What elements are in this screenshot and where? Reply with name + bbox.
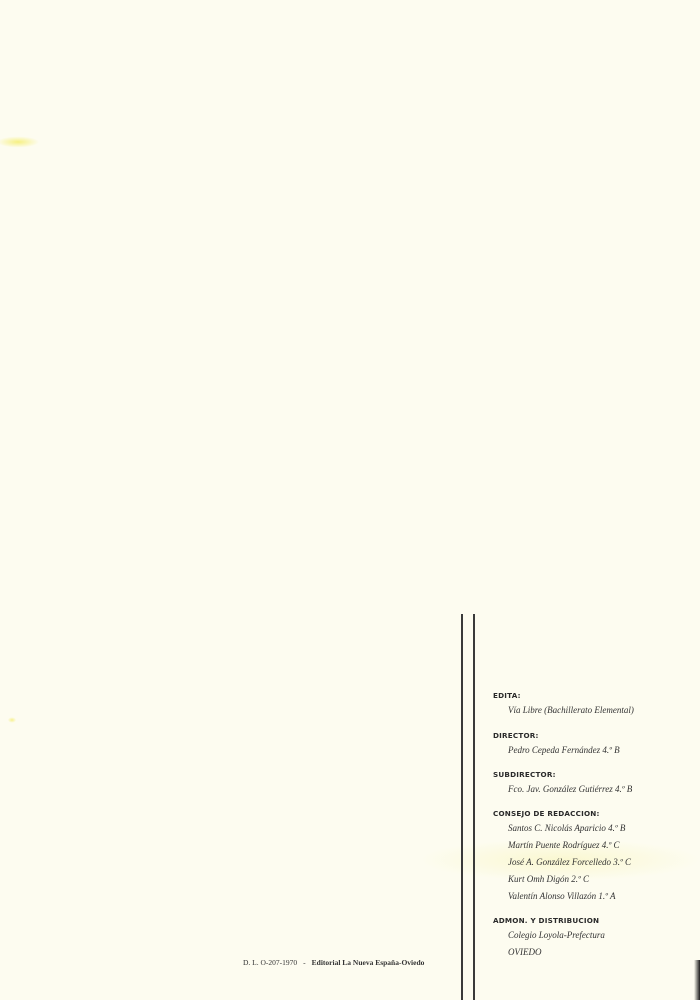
masthead-section-consejo: CONSEJO DE REDACCION: Santos C. Nicolás … xyxy=(493,808,631,905)
section-entry: Pedro Cepeda Fernández 4.º B xyxy=(493,742,620,759)
section-label: ADMON. Y DISTRIBUCION xyxy=(493,915,605,927)
section-entry: Valentín Alonso Villazón 1.º A xyxy=(493,888,631,905)
section-entry: Fco. Jav. González Gutiérrez 4.º B xyxy=(493,781,632,798)
section-entry: Santos C. Nicolás Aparicio 4.º B xyxy=(493,820,631,837)
masthead-section-subdirector: SUBDIRECTOR: Fco. Jav. González Gutiérre… xyxy=(493,769,632,798)
imprint-footer: D. L. O-207-1970-Editorial La Nueva Espa… xyxy=(243,958,424,967)
section-label: EDITA: xyxy=(493,690,634,702)
section-entry: José A. González Forcelledo 3.º C xyxy=(493,854,631,871)
legal-deposit: D. L. O-207-1970 xyxy=(243,958,297,967)
section-entry: Martín Puente Rodríguez 4.º C xyxy=(493,837,631,854)
vertical-rule-right xyxy=(473,614,475,1000)
masthead-section-director: DIRECTOR: Pedro Cepeda Fernández 4.º B xyxy=(493,730,620,759)
footer-separator: - xyxy=(303,958,306,967)
section-entry: Colegio Loyola-Prefectura xyxy=(493,927,605,944)
masthead-section-admon: ADMON. Y DISTRIBUCION Colegio Loyola-Pre… xyxy=(493,915,605,961)
section-label: SUBDIRECTOR: xyxy=(493,769,632,781)
masthead-section-edita: EDITA: Vía Libre (Bachillerato Elemental… xyxy=(493,690,634,719)
publisher: Editorial La Nueva España-Oviedo xyxy=(312,958,425,967)
page-edge-shadow xyxy=(694,960,700,1000)
section-entry: Kurt Omh Digón 2.º C xyxy=(493,871,631,888)
section-label: DIRECTOR: xyxy=(493,730,620,742)
vertical-rule-left xyxy=(461,614,463,1000)
section-label: CONSEJO DE REDACCION: xyxy=(493,808,631,820)
section-entry: OVIEDO xyxy=(493,944,605,961)
section-entry: Vía Libre (Bachillerato Elemental) xyxy=(493,702,634,719)
